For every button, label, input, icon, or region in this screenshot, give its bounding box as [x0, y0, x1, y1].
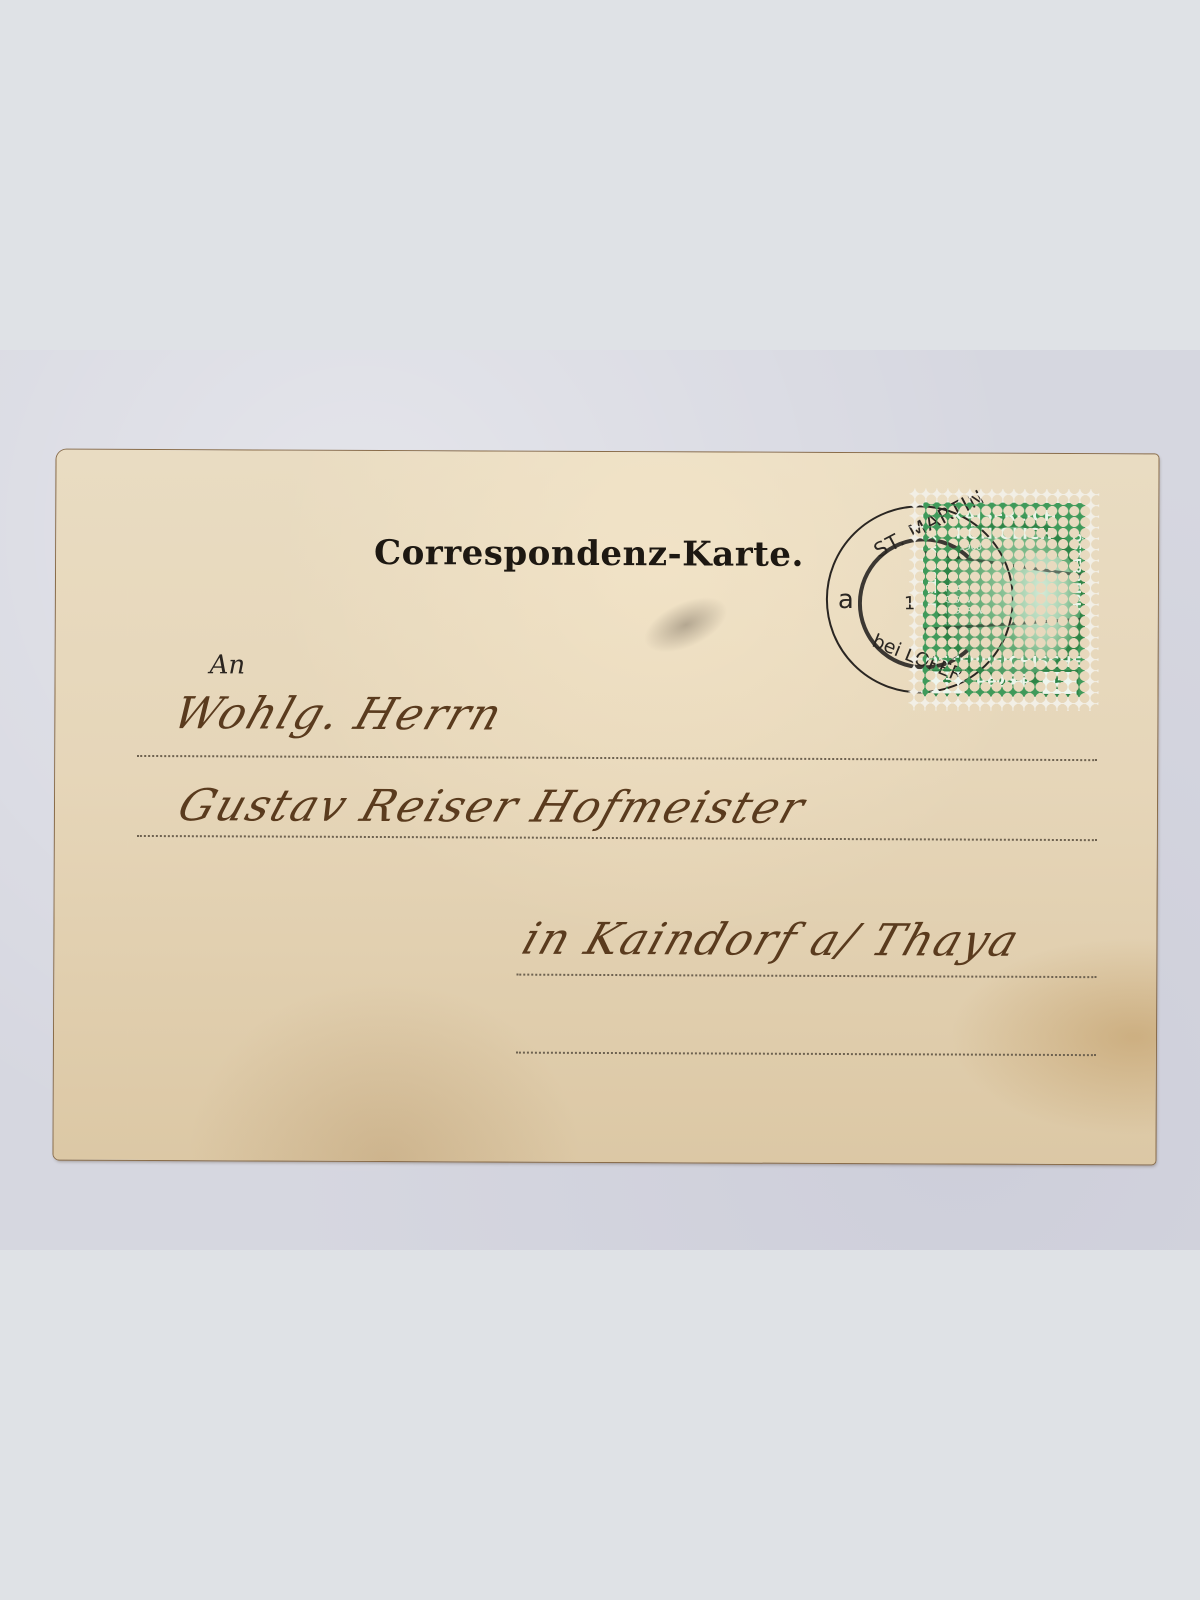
handwritten-line-1: Wohlg. Herrn [167, 688, 510, 740]
address-line-2 [137, 835, 1097, 841]
stamp-left-text: K.K. ÖSTERR [925, 532, 938, 611]
stamp-face: KAISERLICH KÖNIGLICH K.K. ÖSTERR ÖSTERRE… [922, 502, 1085, 697]
address-line-4 [516, 1052, 1096, 1057]
address-line-1 [137, 755, 1097, 761]
ink-smudge [636, 586, 737, 665]
address-prefix: An [210, 650, 246, 680]
handwritten-line-3: in Kaindorf a/ Thaya [516, 914, 1027, 967]
postcard: Correspondenz-Karte. An Wohlg. Herrn Gus… [53, 450, 1158, 1165]
stamp-value-bar: 5 HELLER 5 [922, 668, 1084, 697]
postmark-letter: a [838, 585, 854, 615]
stamp-value-right: 5 [1040, 670, 1078, 696]
handwritten-line-2: Gustav Reiser Hofmeister [172, 780, 813, 834]
postcard-title: Correspondenz-Karte. [374, 533, 804, 575]
postage-stamp: KAISERLICH KÖNIGLICH K.K. ÖSTERR ÖSTERRE… [908, 488, 1099, 711]
stamp-top-text: KAISERLICH KÖNIGLICH [923, 506, 1085, 543]
stamp-currency: HELLER [976, 675, 1031, 690]
address-line-3 [516, 974, 1096, 979]
stamp-value-left: 5 [928, 669, 966, 695]
stamp-portrait-label: FRAN- CISCVS IOSEPHVS I. [945, 584, 990, 628]
stamp-year: 1908 [959, 543, 982, 553]
